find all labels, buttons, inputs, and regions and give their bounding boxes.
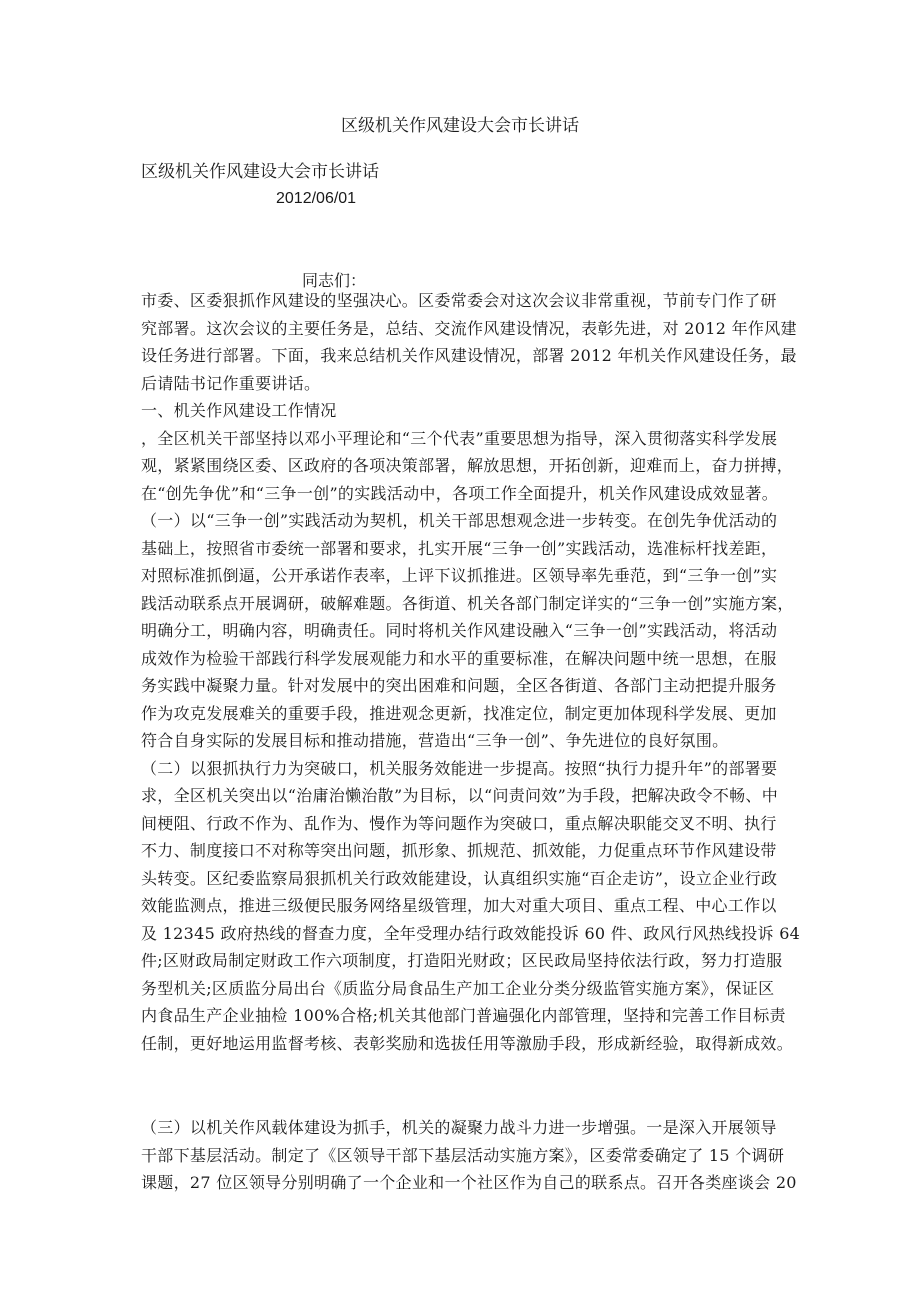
text-line: 观，紧紧围绕区委、区政府的各项决策部署，解放思想，开拓创新，迎难而上，奋力拼搏，: [141, 452, 791, 480]
text-line: 践活动联系点开展调研，破解难题。各街道、机关各部门制定详实的“三争一创”实施方案…: [141, 590, 791, 618]
text-line: 市委、区委狠抓作风建设的坚强决心。区委常委会对这次会议非常重视，节前专门作了研: [141, 287, 791, 315]
text-line: 及 12345 政府热线的督查力度，全年受理办结行政效能投诉 60 件、政风行风…: [141, 920, 791, 948]
text-line: 一、机关作风建设工作情况: [141, 397, 791, 425]
text-line: 课题，27 位区领导分别明确了一个企业和一个社区作为自己的联系点。召开各类座谈会…: [141, 1169, 791, 1197]
text-line: 不力、制度接口不对称等突出问题，抓形象、抓规范、抓效能，力促重点环节作风建设带: [141, 837, 791, 865]
body-section-1: 市委、区委狠抓作风建设的坚强决心。区委常委会对这次会议非常重视，节前专门作了研究…: [141, 287, 791, 1057]
text-line: （二）以狠抓执行力为突破口，机关服务效能进一步提高。按照“执行力提升年”的部署要: [141, 755, 791, 783]
text-line: 内食品生产企业抽检 100%合格;机关其他部门普遍强化内部管理，坚持和完善工作目…: [141, 1002, 791, 1030]
text-line: （一）以“三争一创”实践活动为契机，机关干部思想观念进一步转变。在创先争优活动的: [141, 507, 791, 535]
text-line: 间梗阻、行政不作为、乱作为、慢作为等问题作为突破口，重点解决职能交叉不明、执行: [141, 810, 791, 838]
text-line: ，全区机关干部坚持以邓小平理论和“三个代表”重要思想为指导，深入贯彻落实科学发展: [141, 425, 791, 453]
text-line: 件;区财政局制定财政工作六项制度，打造阳光财政；区民政局坚持依法行政，努力打造服: [141, 947, 791, 975]
text-line: （三）以机关作风载体建设为抓手，机关的凝聚力战斗力进一步增强。一是深入开展领导: [141, 1114, 791, 1142]
text-line: 头转变。区纪委监察局狠抓机关行政效能建设，认真组织实施“百企走访”，设立企业行政: [141, 865, 791, 893]
text-line: 对照标准抓倒逼，公开承诺作表率，上评下议抓推进。区领导率先垂范，到“三争一创”实: [141, 562, 791, 590]
text-line: 明确分工，明确内容，明确责任。同时将机关作风建设融入“三争一创”实践活动，将活动: [141, 617, 791, 645]
body-section-2: （三）以机关作风载体建设为抓手，机关的凝聚力战斗力进一步增强。一是深入开展领导干…: [141, 1114, 791, 1197]
document-subtitle: 区级机关作风建设大会市长讲话: [141, 160, 379, 184]
text-line: 任制，更好地运用监督考核、表彰奖励和选拔任用等激励手段，形成新经验，取得新成效。: [141, 1030, 791, 1058]
document-date: 2012/06/01: [276, 188, 356, 210]
text-line: 设任务进行部署。下面，我来总结机关作风建设情况，部署 2012 年机关作风建设任…: [141, 342, 791, 370]
text-line: 干部下基层活动。制定了《区领导干部下基层活动实施方案》，区委常委确定了 15 个…: [141, 1142, 791, 1170]
text-line: 效能监测点，推进三级便民服务网络星级管理，加大对重大项目、重点工程、中心工作以: [141, 892, 791, 920]
text-line: 务实践中凝聚力量。针对发展中的突出困难和问题，全区各街道、各部门主动把提升服务: [141, 672, 791, 700]
text-line: 符合自身实际的发展目标和推动措施，营造出“三争一创”、争先进位的良好氛围。: [141, 727, 791, 755]
text-line: 成效作为检验干部践行科学发展观能力和水平的重要标准，在解决问题中统一思想，在服: [141, 645, 791, 673]
text-line: 求，全区机关突出以“治庸治懒治散”为目标，以“问责问效”为手段，把解决政令不畅、…: [141, 782, 791, 810]
text-line: 作为攻克发展难关的重要手段，推进观念更新，找准定位，制定更加体现科学发展、更加: [141, 700, 791, 728]
text-line: 究部署。这次会议的主要任务是，总结、交流作风建设情况，表彰先进，对 2012 年…: [141, 315, 791, 343]
text-line: 后请陆书记作重要讲话。: [141, 370, 791, 398]
text-line: 务型机关;区质监分局出台《质监分局食品生产加工企业分类分级监管实施方案》，保证区: [141, 975, 791, 1003]
document-title: 区级机关作风建设大会市长讲话: [0, 114, 920, 138]
text-line: 基础上，按照省市委统一部署和要求，扎实开展“三争一创”实践活动，选准标杆找差距，: [141, 535, 791, 563]
document-page: 区级机关作风建设大会市长讲话 区级机关作风建设大会市长讲话 2012/06/01…: [0, 0, 920, 1302]
text-line: 在“创先争优”和“三争一创”的实践活动中，各项工作全面提升，机关作风建设成效显著…: [141, 480, 791, 508]
